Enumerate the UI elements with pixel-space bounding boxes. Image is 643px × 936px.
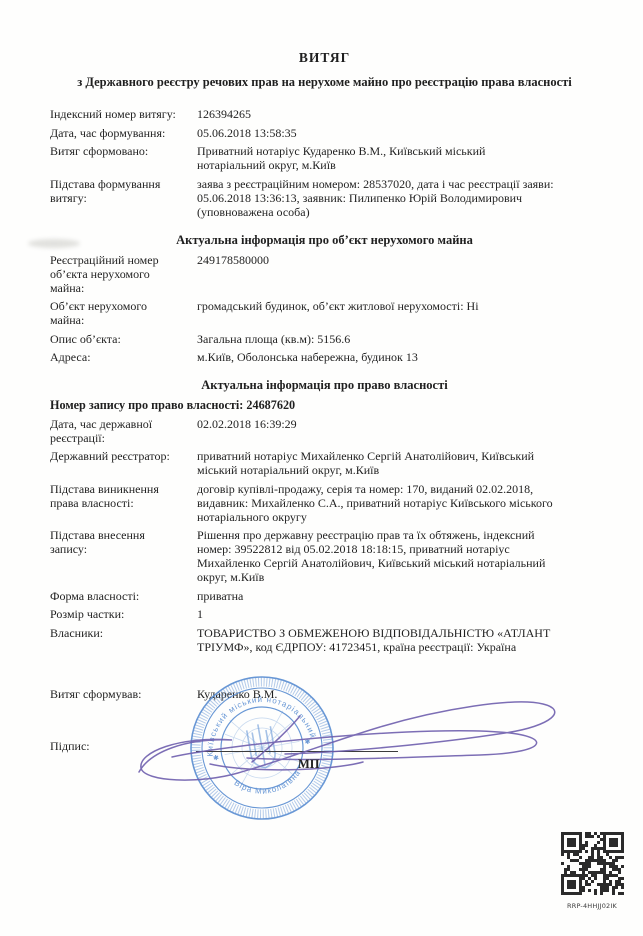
stamp-star-left-icon: ✱ — [212, 754, 220, 763]
ownership-row: Підстава виникнення права власності: дог… — [50, 482, 599, 524]
field-value: ТОВАРИСТВО З ОБМЕЖЕНОЮ ВІДПОВІДАЛЬНІСТЮ … — [197, 626, 599, 654]
scan-artifact — [28, 239, 80, 248]
section-title-ownership: Актуальна інформація про право власності — [50, 378, 599, 393]
field-value: 1 — [197, 607, 599, 621]
section-title-object: Актуальна інформація про об’єкт нерухомо… — [50, 233, 599, 248]
ownership-row: Дата, час державної реєстрації: 02.02.20… — [50, 417, 599, 445]
field-value: заява з реєстраційним номером: 28537020,… — [197, 177, 599, 219]
field-value: Приватний нотаріус Кударенко В.М., Київс… — [197, 144, 599, 172]
document-subtitle: з Державного реєстру речових прав на нер… — [50, 75, 599, 90]
record-number-line: Номер запису про право власності: 246876… — [50, 398, 599, 412]
field-value: Загальна площа (кв.м): 5156.6 — [197, 332, 599, 346]
field-value: Рішення про державну реєстрацію прав та … — [197, 528, 599, 584]
object-row: Об’єкт нерухомого майна: громадський буд… — [50, 299, 599, 327]
qr-code — [561, 832, 624, 895]
field-value: 126394265 — [197, 107, 599, 121]
meta-row: Дата, час формування: 05.06.2018 13:58:3… — [50, 126, 599, 140]
field-label: Дата, час державної реєстрації: — [50, 417, 197, 445]
field-label: Підстава виникнення права власності: — [50, 482, 197, 524]
field-label: Підстава формування витягу: — [50, 177, 197, 219]
field-label: Підстава внесення запису: — [50, 528, 197, 584]
signature-row: Підпис: — [50, 739, 599, 753]
qr-caption: RRP-4HHJJ02IK — [559, 902, 625, 910]
field-label: Власники: — [50, 626, 197, 654]
field-value: м.Київ, Оболонська набережна, будинок 13 — [197, 350, 599, 364]
field-value: Кударенко В.М. — [197, 687, 599, 701]
ownership-row: Форма власності: приватна — [50, 589, 599, 603]
field-label: Розмір частки: — [50, 607, 197, 621]
ownership-row: Власники: ТОВАРИСТВО З ОБМЕЖЕНОЮ ВІДПОВІ… — [50, 626, 599, 654]
ownership-row: Державний реєстратор: приватний нотаріус… — [50, 449, 599, 477]
document-title: ВИТЯГ — [50, 50, 599, 66]
field-value: приватна — [197, 589, 599, 603]
meta-row: Індексний номер витягу: 126394265 — [50, 107, 599, 121]
field-label: Реєстраційний номер об’єкта нерухомого м… — [50, 253, 197, 295]
document-page: ВИТЯГ з Державного реєстру речових прав … — [0, 0, 643, 936]
field-label: Опис об’єкта: — [50, 332, 197, 346]
field-label: Форма власності: — [50, 589, 197, 603]
field-label: Витяг сформовано: — [50, 144, 197, 172]
field-label: Державний реєстратор: — [50, 449, 197, 477]
document-body: ВИТЯГ з Державного реєстру речових прав … — [0, 0, 643, 654]
field-value: приватний нотаріус Михайленко Сергій Ана… — [197, 449, 599, 477]
field-value: 02.02.2018 16:39:29 — [197, 417, 599, 445]
formed-by-row: Витяг сформував: Кударенко В.М. — [50, 687, 599, 701]
field-value: громадський будинок, об’єкт житлової нер… — [197, 299, 599, 327]
field-value: договір купівлі-продажу, серія та номер:… — [197, 482, 599, 524]
qr-block: RRP-4HHJJ02IK — [559, 832, 625, 910]
field-label: Індексний номер витягу: — [50, 107, 197, 121]
field-label: Дата, час формування: — [50, 126, 197, 140]
mp-mark: МП — [298, 757, 320, 771]
object-row: Адреса: м.Київ, Оболонська набережна, бу… — [50, 350, 599, 364]
object-row: Опис об’єкта: Загальна площа (кв.м): 515… — [50, 332, 599, 346]
stamp-arc-bottom-text: Віра Миколаївна — [231, 767, 305, 801]
field-label: Адреса: — [50, 350, 197, 364]
field-value: 249178580000 — [197, 253, 599, 295]
object-row: Реєстраційний номер об’єкта нерухомого м… — [50, 253, 599, 295]
field-label: Витяг сформував: — [50, 687, 197, 701]
field-label: Об’єкт нерухомого майна: — [50, 299, 197, 327]
ownership-row: Підстава внесення запису: Рішення про де… — [50, 528, 599, 584]
meta-row: Витяг сформовано: Приватний нотаріус Куд… — [50, 144, 599, 172]
signature-label: Підпис: — [50, 739, 197, 753]
field-value: 05.06.2018 13:58:35 — [197, 126, 599, 140]
ownership-row: Розмір частки: 1 — [50, 607, 599, 621]
meta-row: Підстава формування витягу: заява з реєс… — [50, 177, 599, 219]
